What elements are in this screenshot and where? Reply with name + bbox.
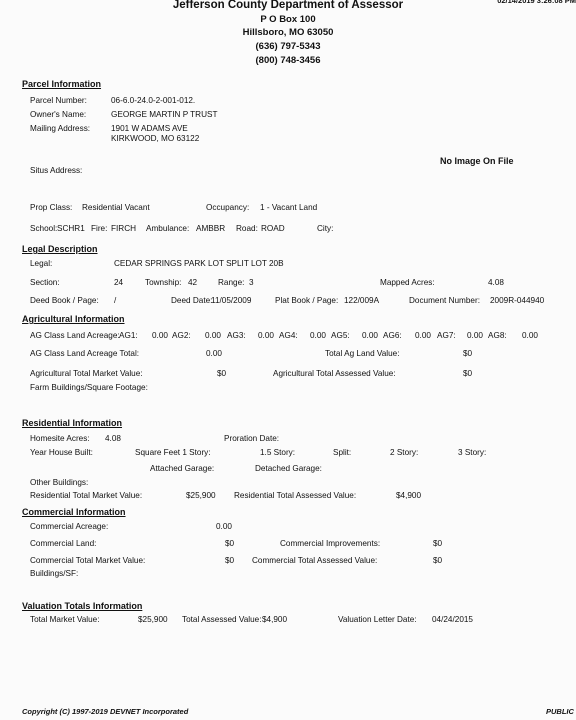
- document-number-label: Document Number:: [409, 296, 480, 305]
- com-improvements-label: Commercial Improvements:: [280, 539, 380, 548]
- mailing-address-line2: KIRKWOOD, MO 63122: [111, 134, 199, 143]
- section-residential-heading: Residential Information: [22, 418, 122, 428]
- total-market-value-label: Total Market Value:: [30, 615, 99, 624]
- office-phone-1: (636) 797-5343: [0, 41, 576, 52]
- com-improvements-value: $0: [433, 539, 442, 548]
- com-assessed-value-label: Commercial Total Assessed Value:: [252, 556, 377, 565]
- fire-value: FIRCH: [111, 224, 136, 233]
- mailing-address-line1: 1901 W ADAMS AVE: [111, 124, 188, 133]
- attached-garage-label: Attached Garage:: [150, 464, 214, 473]
- copyright-notice: Copyright (C) 1997-2019 DEVNET Incorpora…: [22, 707, 188, 716]
- public-label: PUBLIC: [546, 707, 574, 716]
- owner-name-value: GEORGE MARTIN P TRUST: [111, 110, 217, 119]
- detached-garage-label: Detached Garage:: [255, 464, 322, 473]
- other-buildings-label: Other Buildings:: [30, 478, 88, 487]
- section-valuation-heading: Valuation Totals Information: [22, 601, 142, 611]
- ag-assessed-value: $0: [463, 369, 472, 378]
- com-land-value: $0: [225, 539, 234, 548]
- ag-acreage-total-label: AG Class Land Acreage Total:: [30, 349, 139, 358]
- road-value: ROAD: [261, 224, 285, 233]
- com-assessed-value: $0: [433, 556, 442, 565]
- deed-book-value: /: [114, 296, 116, 305]
- com-market-value-label: Commercial Total Market Value:: [30, 556, 145, 565]
- ag-acreage-label: AG Class Land Acreage:: [30, 331, 120, 340]
- section-value: 24: [114, 278, 123, 287]
- ag-acreage-total-value: 0.00: [206, 349, 222, 358]
- occupancy-value: 1 - Vacant Land: [260, 203, 317, 212]
- mailing-address-label: Mailing Address:: [30, 124, 90, 133]
- section-agricultural-heading: Agricultural Information: [22, 314, 125, 324]
- homesite-acres-label: Homesite Acres:: [30, 434, 90, 443]
- valuation-letter-date-label: Valuation Letter Date:: [338, 615, 417, 624]
- road-label: Road:: [236, 224, 258, 233]
- document-number-value: 2009R-044940: [490, 296, 544, 305]
- year-built-label: Year House Built:: [30, 448, 93, 457]
- story-2-label: 2 Story:: [390, 448, 418, 457]
- com-buildings-label: Buildings/SF:: [30, 569, 78, 578]
- res-assessed-value-label: Residential Total Assessed Value:: [234, 491, 356, 500]
- ag-class-value: 0.00: [205, 331, 221, 340]
- occupancy-label: Occupancy:: [206, 203, 249, 212]
- total-assessed-value-label: Total Assessed Value:: [182, 615, 262, 624]
- office-address-1: P O Box 100: [0, 14, 576, 25]
- no-image-notice: No Image On File: [440, 156, 514, 166]
- sqft-1story-label: Square Feet 1 Story:: [135, 448, 211, 457]
- school-value: SCHR1: [57, 224, 85, 233]
- ambulance-value: AMBBR: [196, 224, 225, 233]
- farm-buildings-label: Farm Buildings/Square Footage:: [30, 383, 148, 392]
- com-market-value: $0: [225, 556, 234, 565]
- ag-class-label: AG2:: [172, 331, 191, 340]
- parcel-number-label: Parcel Number:: [30, 96, 87, 105]
- ag-class-value: 0.00: [362, 331, 378, 340]
- ambulance-label: Ambulance:: [146, 224, 189, 233]
- story-3-label: 3 Story:: [458, 448, 486, 457]
- township-label: Township:: [145, 278, 181, 287]
- ag-total-land-value-label: Total Ag Land Value:: [325, 349, 400, 358]
- ag-class-value: 0.00: [415, 331, 431, 340]
- ag-total-land-value: $0: [463, 349, 472, 358]
- ag-assessed-value-label: Agricultural Total Assessed Value:: [273, 369, 396, 378]
- total-market-value: $25,900: [138, 615, 168, 624]
- ag-class-value: 0.00: [467, 331, 483, 340]
- homesite-acres-value: 4.08: [105, 434, 121, 443]
- prop-class-label: Prop Class:: [30, 203, 72, 212]
- section-label: Section:: [30, 278, 60, 287]
- total-assessed-value: $4,900: [262, 615, 287, 624]
- proration-date-label: Proration Date:: [224, 434, 279, 443]
- res-market-value: $25,900: [186, 491, 216, 500]
- section-commercial-heading: Commercial Information: [22, 507, 126, 517]
- office-address-2: Hillsboro, MO 63050: [0, 27, 576, 38]
- ag-class-label: AG8:: [488, 331, 507, 340]
- ag-class-label: AG5:: [331, 331, 350, 340]
- ag-class-label: AG3:: [227, 331, 246, 340]
- prop-class-value: Residential Vacant: [82, 203, 150, 212]
- deed-date-value: 11/05/2009: [211, 296, 251, 305]
- ag-class-value: 0.00: [258, 331, 274, 340]
- range-value: 3: [249, 278, 254, 287]
- split-label: Split:: [333, 448, 351, 457]
- story-1-5-label: 1.5 Story:: [260, 448, 295, 457]
- plat-book-value: 122/009A: [344, 296, 379, 305]
- city-label: City:: [317, 224, 333, 233]
- ag-market-value-label: Agricultural Total Market Value:: [30, 369, 143, 378]
- parcel-number-value: 06-6.0-24.0-2-001-012.: [111, 96, 195, 105]
- office-phone-2: (800) 748-3456: [0, 55, 576, 66]
- legal-value: CEDAR SPRINGS PARK LOT SPLIT LOT 20B: [114, 259, 284, 268]
- valuation-letter-date: 04/24/2015: [432, 615, 473, 624]
- mapped-acres-value: 4.08: [488, 278, 504, 287]
- com-acreage-value: 0.00: [216, 522, 232, 531]
- section-legal-heading: Legal Description: [22, 244, 98, 254]
- mapped-acres-label: Mapped Acres:: [380, 278, 435, 287]
- plat-book-label: Plat Book / Page:: [275, 296, 338, 305]
- ag-class-value: 0.00: [152, 331, 168, 340]
- section-parcel-heading: Parcel Information: [22, 79, 101, 89]
- situs-address-label: Situs Address:: [30, 166, 82, 175]
- ag-class-value: 0.00: [310, 331, 326, 340]
- fire-label: Fire:: [91, 224, 107, 233]
- ag-class-label: AG1:: [119, 331, 138, 340]
- ag-class-value: 0.00: [522, 331, 538, 340]
- com-land-label: Commercial Land:: [30, 539, 96, 548]
- page-title: Jefferson County Department of Assessor: [0, 0, 576, 11]
- ag-market-value: $0: [217, 369, 226, 378]
- legal-label: Legal:: [30, 259, 52, 268]
- deed-book-label: Deed Book / Page:: [30, 296, 99, 305]
- print-timestamp: 02/14/2019 3:26:08 PM: [497, 0, 576, 5]
- school-label: School:: [30, 224, 57, 233]
- com-acreage-label: Commercial Acreage:: [30, 522, 108, 531]
- ag-class-label: AG6:: [383, 331, 402, 340]
- deed-date-label: Deed Date:: [171, 296, 212, 305]
- township-value: 42: [188, 278, 197, 287]
- res-assessed-value: $4,900: [396, 491, 421, 500]
- range-label: Range:: [218, 278, 244, 287]
- ag-class-label: AG7:: [437, 331, 456, 340]
- ag-class-label: AG4:: [279, 331, 298, 340]
- owner-name-label: Owner's Name:: [30, 110, 86, 119]
- res-market-value-label: Residential Total Market Value:: [30, 491, 142, 500]
